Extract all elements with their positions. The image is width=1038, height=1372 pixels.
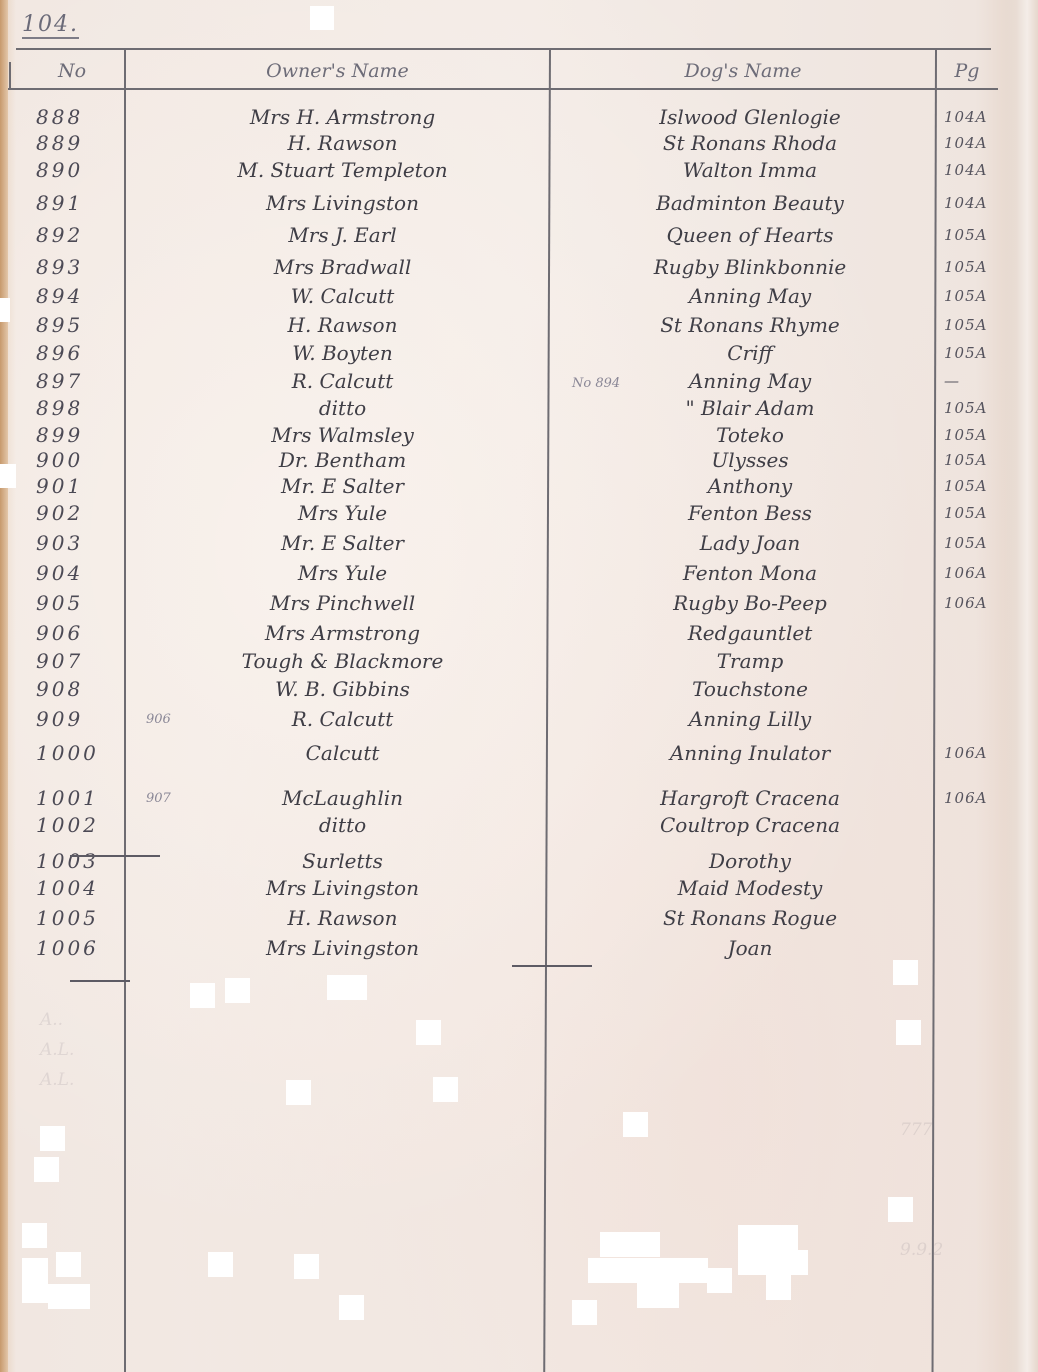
dog-name: Rugby Bo-Peep (560, 590, 940, 617)
redaction-patch (22, 1258, 48, 1303)
ledger-row: 906Mrs ArmstrongRedgauntlet (0, 620, 1038, 647)
redaction-patch (572, 1300, 597, 1325)
owner-name: W. B. Gibbins (140, 676, 545, 703)
dog-name: Anning Lilly (560, 706, 940, 733)
owner-name: Mrs Livingston (140, 190, 545, 217)
dog-name: Criff (560, 340, 940, 367)
redaction-patch (310, 6, 334, 30)
redaction-patch (225, 978, 250, 1003)
page-reference: 105A (944, 283, 1024, 310)
dog-name: St Ronans Rhyme (560, 312, 940, 339)
entry-number: 900 (36, 447, 126, 474)
ledger-row: 897R. CalcuttAnning May—No 894 (0, 368, 1038, 395)
page-reference: 105A (944, 312, 1024, 339)
ledger-row: 900Dr. BenthamUlysses105A (0, 447, 1038, 474)
ledger-row: 890M. Stuart TempletonWalton Imma104A (0, 157, 1038, 184)
redaction-patch (896, 1020, 921, 1045)
entry-number: 907 (36, 648, 126, 675)
owner-name: Mrs Pinchwell (140, 590, 545, 617)
ledger-row: 909R. CalcuttAnning Lilly906 (0, 706, 1038, 733)
redaction-patch (48, 1284, 90, 1309)
dog-name: " Blair Adam (560, 395, 940, 422)
page-reference (944, 648, 1024, 675)
entry-number: 895 (36, 312, 126, 339)
ledger-row: 901Mr. E SalterAnthony105A (0, 473, 1038, 500)
owner-name: Tough & Blackmore (140, 648, 545, 675)
dog-name: Ulysses (560, 447, 940, 474)
redaction-patch (0, 298, 10, 322)
owner-name: W. Boyten (140, 340, 545, 367)
page-reference (944, 875, 1024, 902)
page-reference: 104A (944, 190, 1024, 217)
entry-number: 1003 (36, 848, 126, 875)
page-reference (944, 905, 1024, 932)
owner-name: Mrs H. Armstrong (140, 104, 545, 131)
redaction-patch (416, 1020, 441, 1045)
dog-name: Rugby Blinkbonnie (560, 254, 940, 281)
dog-name: Lady Joan (560, 530, 940, 557)
page-reference (944, 812, 1024, 839)
ledger-row: 1000CalcuttAnning Inulator106A (0, 740, 1038, 767)
page-reference: 105A (944, 473, 1024, 500)
owner-name: Mrs Walmsley (140, 422, 545, 449)
ledger-row: 888Mrs H. ArmstrongIslwood Glenlogie104A (0, 104, 1038, 131)
header-bottom-rule (8, 88, 998, 90)
entry-number: 898 (36, 395, 126, 422)
page-reference: 105A (944, 422, 1024, 449)
page-reference: 104A (944, 130, 1024, 157)
entry-number: 903 (36, 530, 126, 557)
ledger-row: 1002dittoCoultrop Cracena (0, 812, 1038, 839)
entry-number: 1000 (36, 740, 126, 767)
dog-name: St Ronans Rhoda (560, 130, 940, 157)
column-header-dog: Dog's Name (551, 54, 935, 88)
page-reference (944, 935, 1024, 962)
owner-name: Mrs Livingston (140, 875, 545, 902)
entry-number: 897 (36, 368, 126, 395)
redaction-patch (588, 1258, 708, 1283)
redaction-patch (40, 1126, 65, 1151)
dog-name: Walton Imma (560, 157, 940, 184)
dog-name: Joan (560, 935, 940, 962)
page-reference (944, 620, 1024, 647)
redaction-patch (208, 1252, 233, 1277)
page-reference: 104A (944, 157, 1024, 184)
dog-name: Badminton Beauty (560, 190, 940, 217)
redaction-patch (22, 1223, 47, 1248)
redaction-patch (0, 464, 16, 488)
ledger-row: 892Mrs J. EarlQueen of Hearts105A (0, 222, 1038, 249)
entry-number: 899 (36, 422, 126, 449)
column-header-page: Pg (937, 54, 997, 88)
entry-number: 1002 (36, 812, 126, 839)
page-reference: 105A (944, 395, 1024, 422)
owner-name: Mr. E Salter (140, 473, 545, 500)
owner-name: H. Rawson (140, 312, 545, 339)
bleed-through-text: A.L. (40, 1040, 74, 1060)
ledger-row: 1003SurlettsDorothy (0, 848, 1038, 875)
margin-note: No 894 (572, 376, 620, 391)
page-reference: 105A (944, 340, 1024, 367)
ledger-row: 889H. RawsonSt Ronans Rhoda104A (0, 130, 1038, 157)
dog-name: Dorothy (560, 848, 940, 875)
entry-number: 893 (36, 254, 126, 281)
entry-number: 889 (36, 130, 126, 157)
column-header-number: No (20, 54, 124, 88)
owner-name: Mrs Yule (140, 560, 545, 587)
redaction-patch (34, 1157, 59, 1182)
entry-number: 906 (36, 620, 126, 647)
entry-number: 908 (36, 676, 126, 703)
entry-number: 896 (36, 340, 126, 367)
redaction-patch (707, 1268, 732, 1293)
dog-name: Redgauntlet (560, 620, 940, 647)
entry-number: 888 (36, 104, 126, 131)
owner-name: R. Calcutt (140, 368, 545, 395)
page-reference (944, 706, 1024, 733)
owner-name: Calcutt (140, 740, 545, 767)
redaction-patch (339, 1295, 364, 1320)
owner-name: W. Calcutt (140, 283, 545, 310)
entry-number: 1001 (36, 785, 126, 812)
bleed-through-text: 777 (900, 1120, 932, 1140)
dog-name: Tramp (560, 648, 940, 675)
dog-name: Toteko (560, 422, 940, 449)
redaction-patch (190, 983, 215, 1008)
dog-name: Islwood Glenlogie (560, 104, 940, 131)
owner-name: Mrs Bradwall (140, 254, 545, 281)
ledger-page: 104. No Owner's Name Dog's Name Pg 888Mr… (0, 0, 1038, 1372)
dog-name: Anning Inulator (560, 740, 940, 767)
ledger-row: 1005H. RawsonSt Ronans Rogue (0, 905, 1038, 932)
entry-number: 894 (36, 283, 126, 310)
page-number: 104. (22, 12, 79, 39)
page-reference: 105A (944, 500, 1024, 527)
ledger-row: 908W. B. GibbinsTouchstone (0, 676, 1038, 703)
margin-note: 906 (146, 712, 171, 727)
dog-name: St Ronans Rogue (560, 905, 940, 932)
redaction-patch (888, 1197, 913, 1222)
redaction-patch (433, 1077, 458, 1102)
ledger-row: 1001McLaughlinHargroft Cracena106A907 (0, 785, 1038, 812)
page-reference: — (944, 368, 1024, 395)
ledger-row: 902Mrs YuleFenton Bess105A (0, 500, 1038, 527)
entry-number: 1004 (36, 875, 126, 902)
ledger-row: 1004Mrs LivingstonMaid Modesty (0, 875, 1038, 902)
ledger-row: 893Mrs BradwallRugby Blinkbonnie105A (0, 254, 1038, 281)
redaction-patch (294, 1254, 319, 1279)
ledger-row: 894W. CalcuttAnning May105A (0, 283, 1038, 310)
ledger-row: 895H. RawsonSt Ronans Rhyme105A (0, 312, 1038, 339)
owner-name: Mrs Armstrong (140, 620, 545, 647)
ledger-row: 896W. BoytenCriff105A (0, 340, 1038, 367)
bleed-through-text: 9.9.2 (900, 1240, 943, 1260)
owner-name: M. Stuart Templeton (140, 157, 545, 184)
owner-name: McLaughlin (140, 785, 545, 812)
ledger-row: 1006Mrs LivingstonJoan (0, 935, 1038, 962)
bleed-through-text: A.L. (40, 1070, 74, 1090)
ledger-row: 898ditto" Blair Adam105A (0, 395, 1038, 422)
owner-name: ditto (140, 395, 545, 422)
page-reference: 105A (944, 222, 1024, 249)
ink-underline (70, 980, 130, 982)
page-reference: 105A (944, 254, 1024, 281)
redaction-patch (893, 960, 918, 985)
owner-name: Mrs J. Earl (140, 222, 545, 249)
redaction-patch (738, 1225, 798, 1250)
dog-name: Maid Modesty (560, 875, 940, 902)
entry-number: 890 (36, 157, 126, 184)
page-reference (944, 848, 1024, 875)
dog-name: Touchstone (560, 676, 940, 703)
redaction-patch (600, 1232, 660, 1257)
redaction-patch (637, 1283, 679, 1308)
redaction-patch (56, 1252, 81, 1277)
ledger-row: 891Mrs LivingstonBadminton Beauty104A (0, 190, 1038, 217)
header-left-bracket (9, 62, 11, 90)
page-reference: 105A (944, 447, 1024, 474)
owner-name: H. Rawson (140, 905, 545, 932)
owner-name: H. Rawson (140, 130, 545, 157)
ink-underline (70, 855, 160, 857)
header-top-rule (16, 48, 991, 50)
page-reference (944, 676, 1024, 703)
dog-name: Anning May (560, 283, 940, 310)
bleed-through-text: A.. (40, 1010, 63, 1030)
owner-name: Mrs Yule (140, 500, 545, 527)
page-reference: 106A (944, 785, 1024, 812)
dog-name: Fenton Mona (560, 560, 940, 587)
owner-name: Dr. Bentham (140, 447, 545, 474)
ledger-row: 907Tough & BlackmoreTramp (0, 648, 1038, 675)
page-reference: 104A (944, 104, 1024, 131)
ledger-row: 903Mr. E SalterLady Joan105A (0, 530, 1038, 557)
entry-number: 901 (36, 473, 126, 500)
redaction-patch (738, 1250, 808, 1275)
ledger-row: 904Mrs YuleFenton Mona106A (0, 560, 1038, 587)
column-header-owner: Owner's Name (126, 54, 549, 88)
owner-name: Mrs Livingston (140, 935, 545, 962)
entry-number: 909 (36, 706, 126, 733)
dog-name: Coultrop Cracena (560, 812, 940, 839)
page-reference: 105A (944, 530, 1024, 557)
dog-name: Anthony (560, 473, 940, 500)
dog-name: Fenton Bess (560, 500, 940, 527)
page-reference: 106A (944, 560, 1024, 587)
owner-name: ditto (140, 812, 545, 839)
redaction-patch (766, 1275, 791, 1300)
entry-number: 1006 (36, 935, 126, 962)
owner-name: Mr. E Salter (140, 530, 545, 557)
entry-number: 904 (36, 560, 126, 587)
entry-number: 891 (36, 190, 126, 217)
redaction-patch (286, 1080, 311, 1105)
ledger-row: 899Mrs WalmsleyToteko105A (0, 422, 1038, 449)
dog-name: Queen of Hearts (560, 222, 940, 249)
margin-note: 907 (146, 791, 171, 806)
entry-number: 902 (36, 500, 126, 527)
entry-number: 1005 (36, 905, 126, 932)
page-reference: 106A (944, 590, 1024, 617)
page-reference: 106A (944, 740, 1024, 767)
entry-number: 892 (36, 222, 126, 249)
ink-underline (512, 965, 592, 967)
redaction-patch (623, 1112, 648, 1137)
dog-name: Hargroft Cracena (560, 785, 940, 812)
owner-name: Surletts (140, 848, 545, 875)
ledger-row: 905Mrs PinchwellRugby Bo-Peep106A (0, 590, 1038, 617)
owner-name: R. Calcutt (140, 706, 545, 733)
entry-number: 905 (36, 590, 126, 617)
redaction-patch (327, 975, 367, 1000)
